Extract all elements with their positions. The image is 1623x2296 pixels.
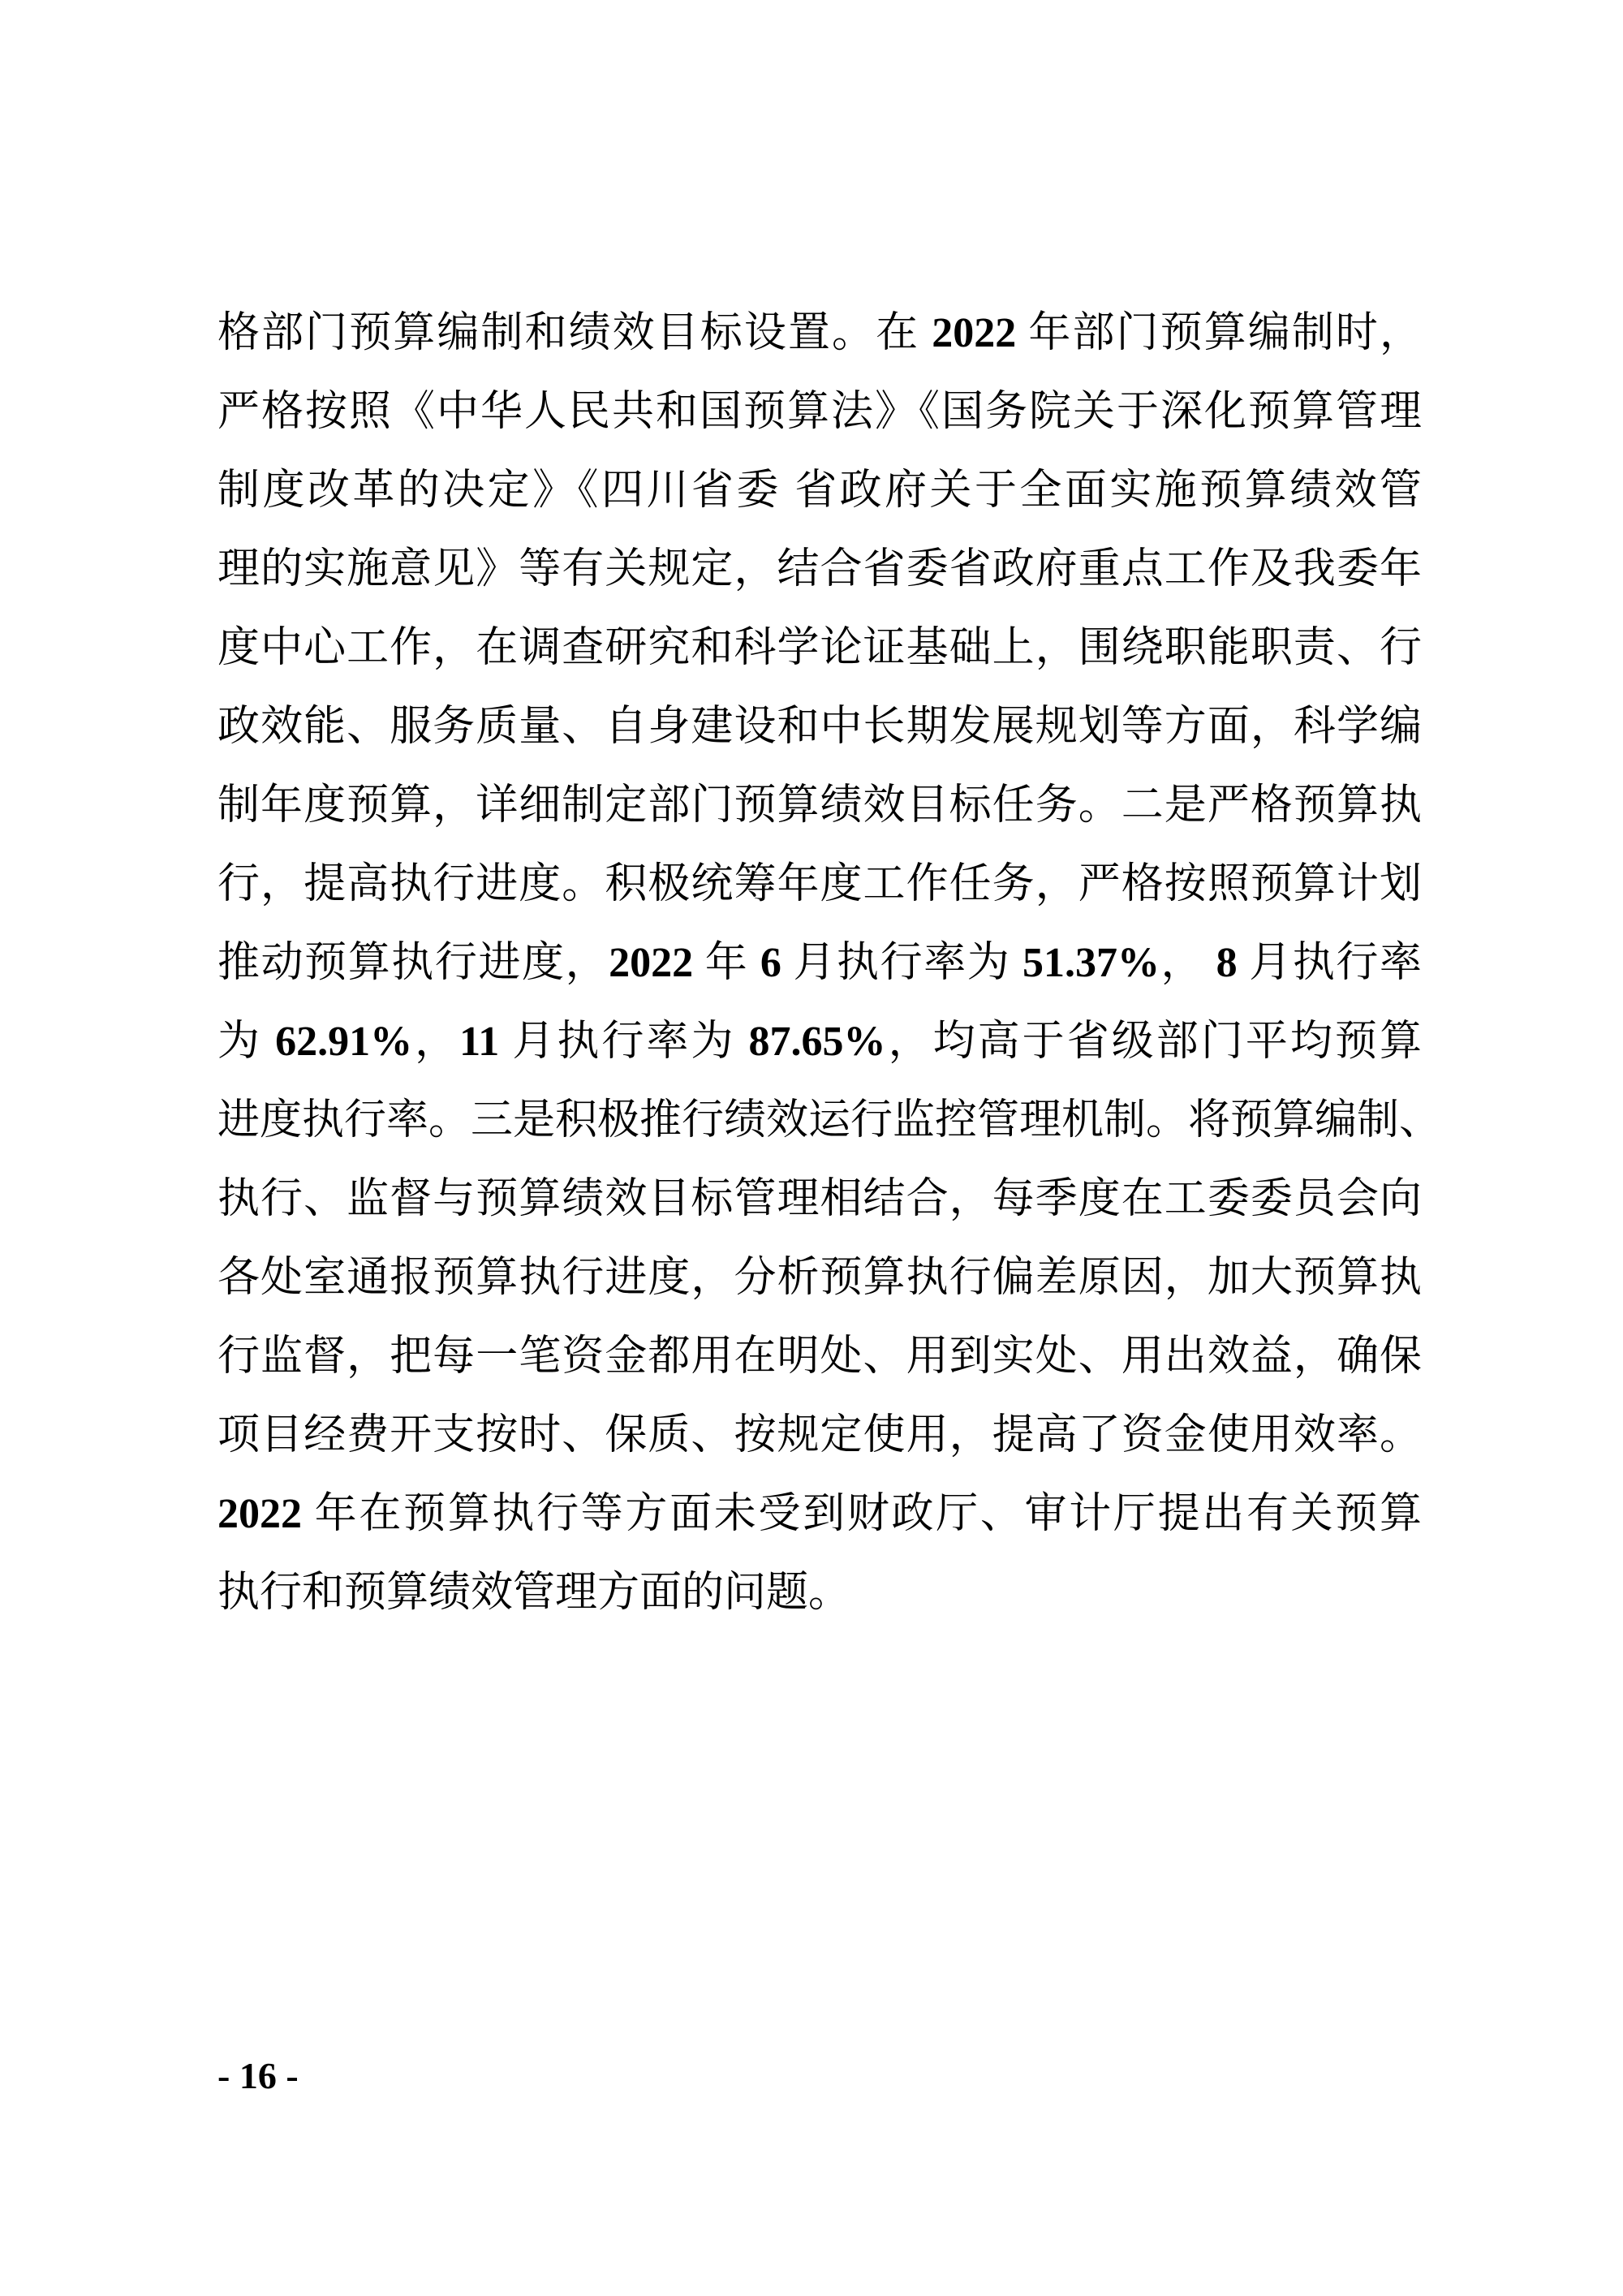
text-segment: 制年度预算，详细制定部门预算绩效目标任务。二是严格预算执	[217, 782, 1422, 829]
text-segment: 行监督，把每一笔资金都用在明处、用到实处、用出效益，确保	[217, 1333, 1422, 1380]
text-segment: 各处室通报预算执行进度，分析预算执行偏差原因，加大预算执	[217, 1255, 1422, 1301]
bold-number: 6	[760, 940, 781, 986]
text-segment: 推动预算执行进度，	[217, 940, 609, 986]
text-segment: ，均高于省级部门平均预算	[886, 1019, 1422, 1065]
text-line: 格部门预算编制和绩效目标设置。在 2022 年部门预算编制时，	[217, 294, 1422, 373]
text-segment: 年在预算执行等方面未受到财政厅、审计厅提出有关预算	[302, 1491, 1422, 1537]
text-line: 各处室通报预算执行进度，分析预算执行偏差原因，加大预算执	[217, 1238, 1422, 1317]
text-segment: 严格按照《中华人民共和国预算法》《国务院关于深化预算管理	[217, 389, 1422, 435]
text-segment: 为	[217, 1019, 275, 1065]
text-line: 度中心工作，在调查研究和科学论证基础上，围绕职能职责、行	[217, 609, 1422, 687]
text-segment: 政效能、服务质量、自身建设和中长期发展规划等方面，科学编	[217, 704, 1422, 750]
text-segment: ，	[412, 1019, 459, 1065]
text-line: 项目经费开支按时、保质、按规定使用，提高了资金使用效率。	[217, 1396, 1422, 1475]
bold-number: 2022	[609, 940, 693, 986]
text-line: 执行和预算绩效管理方面的问题。	[217, 1553, 1422, 1632]
text-segment: 行，提高执行进度。积极统筹年度工作任务，严格按照预算计划	[217, 861, 1422, 907]
text-line: 政效能、服务质量、自身建设和中长期发展规划等方面，科学编	[217, 687, 1422, 766]
text-segment: 月执行率为	[499, 1019, 748, 1065]
bold-number: 2022	[217, 1491, 302, 1537]
body-paragraph: 格部门预算编制和绩效目标设置。在 2022 年部门预算编制时，严格按照《中华人民…	[217, 294, 1422, 1632]
bold-number: 8	[1216, 940, 1238, 986]
text-segment: 月执行率为	[781, 940, 1022, 986]
bold-number: 87.65%	[749, 1019, 886, 1065]
text-segment: 执行和预算绩效管理方面的问题。	[217, 1570, 850, 1616]
bold-number: 2022	[932, 310, 1016, 356]
text-segment: 制度改革的决定》《四川省委 省政府关于全面实施预算绩效管	[217, 467, 1422, 514]
text-segment: 执行、监督与预算绩效目标管理相结合，每季度在工委委员会向	[217, 1176, 1422, 1222]
text-segment: ，	[1160, 940, 1216, 986]
text-line: 进度执行率。三是积极推行绩效运行监控管理机制。将预算编制、	[217, 1081, 1422, 1160]
text-segment: 进度执行率。三是积极推行绩效运行监控管理机制。将预算编制、	[217, 1097, 1441, 1144]
text-line: 推动预算执行进度，2022 年 6 月执行率为 51.37%， 8 月执行率	[217, 924, 1422, 1002]
text-segment: 年	[693, 940, 760, 986]
text-line: 2022 年在预算执行等方面未受到财政厅、审计厅提出有关预算	[217, 1475, 1422, 1553]
text-line: 行监督，把每一笔资金都用在明处、用到实处、用出效益，确保	[217, 1317, 1422, 1396]
text-line: 为 62.91%，11 月执行率为 87.65%，均高于省级部门平均预算	[217, 1002, 1422, 1081]
text-line: 执行、监督与预算绩效目标管理相结合，每季度在工委委员会向	[217, 1160, 1422, 1238]
bold-number: 51.37%	[1022, 940, 1160, 986]
document-page: 格部门预算编制和绩效目标设置。在 2022 年部门预算编制时，严格按照《中华人民…	[0, 0, 1623, 2296]
text-segment: 项目经费开支按时、保质、按规定使用，提高了资金使用效率。	[217, 1412, 1422, 1458]
bold-number: 11	[459, 1019, 499, 1065]
text-line: 行，提高执行进度。积极统筹年度工作任务，严格按照预算计划	[217, 845, 1422, 924]
text-segment: 理的实施意见》等有关规定，结合省委省政府重点工作及我委年	[217, 546, 1422, 592]
text-line: 制年度预算，详细制定部门预算绩效目标任务。二是严格预算执	[217, 766, 1422, 845]
text-segment: 年部门预算编制时，	[1016, 310, 1422, 356]
text-line: 理的实施意见》等有关规定，结合省委省政府重点工作及我委年	[217, 530, 1422, 609]
bold-number: 62.91%	[275, 1019, 412, 1065]
text-segment: 月执行率	[1238, 940, 1422, 986]
text-line: 制度改革的决定》《四川省委 省政府关于全面实施预算绩效管	[217, 451, 1422, 530]
text-line: 严格按照《中华人民共和国预算法》《国务院关于深化预算管理	[217, 373, 1422, 451]
text-segment: 格部门预算编制和绩效目标设置。在	[217, 310, 932, 356]
page-number: - 16 -	[217, 2052, 299, 2100]
text-segment: 度中心工作，在调查研究和科学论证基础上，围绕职能职责、行	[217, 625, 1422, 671]
